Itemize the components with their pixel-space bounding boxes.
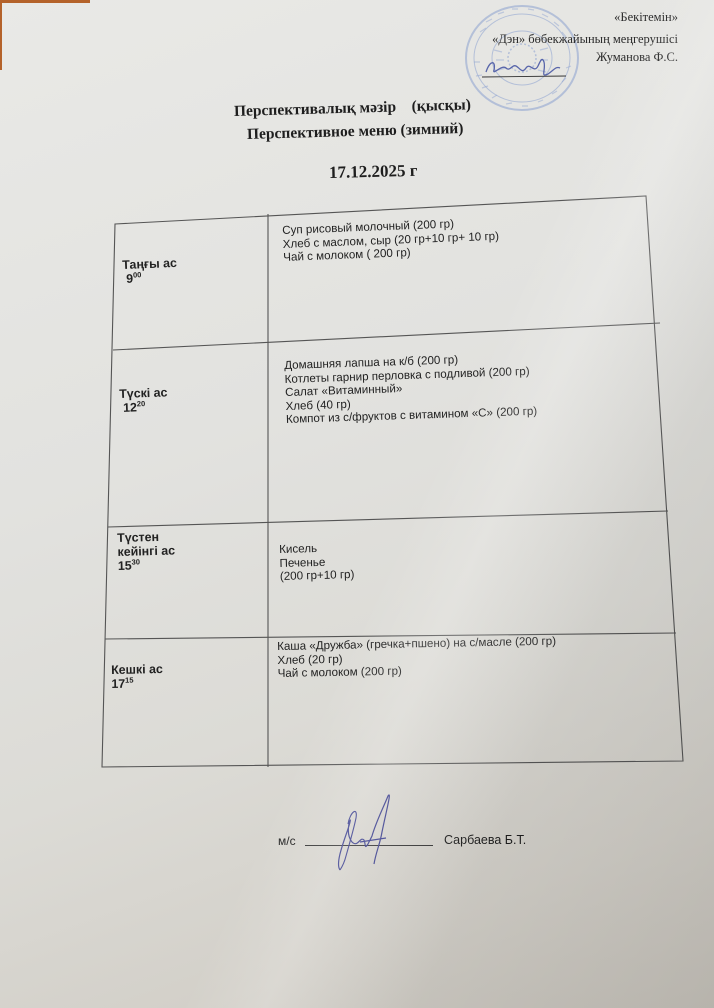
meal-lunch: Түскі ас 1220 [119, 385, 168, 415]
breakfast-items: Суп рисовый молочный (200 гр) Хлеб с мас… [282, 216, 500, 265]
meal-snack: Түстен кейінгі ас 1530 [117, 529, 176, 572]
snack-items: Кисель Печенье (200 гр+10 гр) [279, 541, 355, 583]
meal-time: 1715 [111, 676, 163, 691]
nurse-role-label: м/с [278, 834, 296, 848]
menu-item: (200 гр+10 гр) [280, 568, 355, 583]
meal-dinner: Кешкі ас 1715 [111, 662, 163, 691]
meal-time: 900 [123, 270, 178, 286]
meal-name: Таңғы ас [122, 256, 177, 272]
meal-name: Кешкі ас [111, 662, 163, 677]
nurse-name: Сарбаева Б.Т. [444, 833, 526, 847]
dinner-items: Каша «Дружба» (гречка+пшено) на с/масле … [277, 635, 557, 681]
meal-time: 1530 [118, 557, 176, 572]
nurse-signature-icon [330, 792, 410, 872]
meal-time: 1220 [119, 399, 168, 415]
meal-name-line2: кейінгі ас [117, 543, 175, 558]
meal-name-line1: Түстен [117, 529, 175, 544]
lunch-items: Домашняя лапша на к/б (200 гр) Котлеты г… [284, 351, 537, 427]
meal-breakfast: Таңғы ас 900 [122, 256, 178, 286]
